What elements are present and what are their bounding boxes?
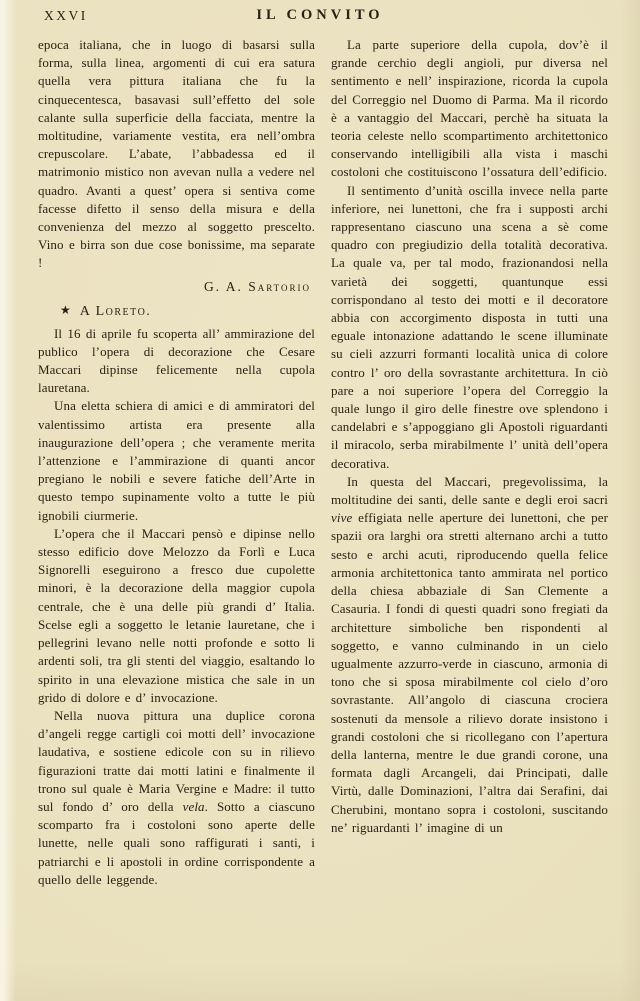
paragraph: epoca italiana, che in luogo di basarsi … — [38, 36, 315, 273]
paragraph: Il sentimento d’unità oscilla invece nel… — [331, 182, 608, 473]
paragraph: L’opera che il Maccari pensò e dipinse n… — [38, 525, 315, 707]
paragraph: Nella nuova pittura una duplice corona d… — [38, 707, 315, 889]
left-section-paragraphs: Il 16 di aprile fu scoperta all’ ammiraz… — [38, 325, 315, 889]
text-columns: epoca italiana, che in luogo di basarsi … — [38, 36, 608, 889]
right-paragraphs: La parte superiore della cupola, dov’è i… — [331, 36, 608, 837]
paragraph: Il 16 di aprile fu scoperta all’ ammiraz… — [38, 325, 315, 398]
page-header: XXVI IL CONVITO — [0, 7, 640, 29]
star-icon: ★ — [60, 303, 71, 317]
section-heading: ★A Loreto. — [38, 304, 315, 320]
paragraph: La parte superiore della cupola, dov’è i… — [331, 36, 608, 182]
italic-word: vela — [183, 799, 205, 814]
paragraph: Una eletta schiera di amici e di ammirat… — [38, 397, 315, 524]
author-signature: G. A. Sartorio — [38, 279, 311, 295]
section-title: A Loreto. — [80, 304, 152, 319]
scanned-book-page: XXVI IL CONVITO epoca italiana, che in l… — [0, 0, 640, 1001]
paragraph: In questa del Maccari, pregevolissima, l… — [331, 473, 608, 837]
left-intro-paragraphs: epoca italiana, che in luogo di basarsi … — [38, 36, 315, 273]
italic-word: vive — [331, 510, 352, 525]
left-column: epoca italiana, che in luogo di basarsi … — [38, 36, 315, 889]
right-column: La parte superiore della cupola, dov’è i… — [331, 36, 608, 889]
journal-title: IL CONVITO — [0, 7, 640, 24]
